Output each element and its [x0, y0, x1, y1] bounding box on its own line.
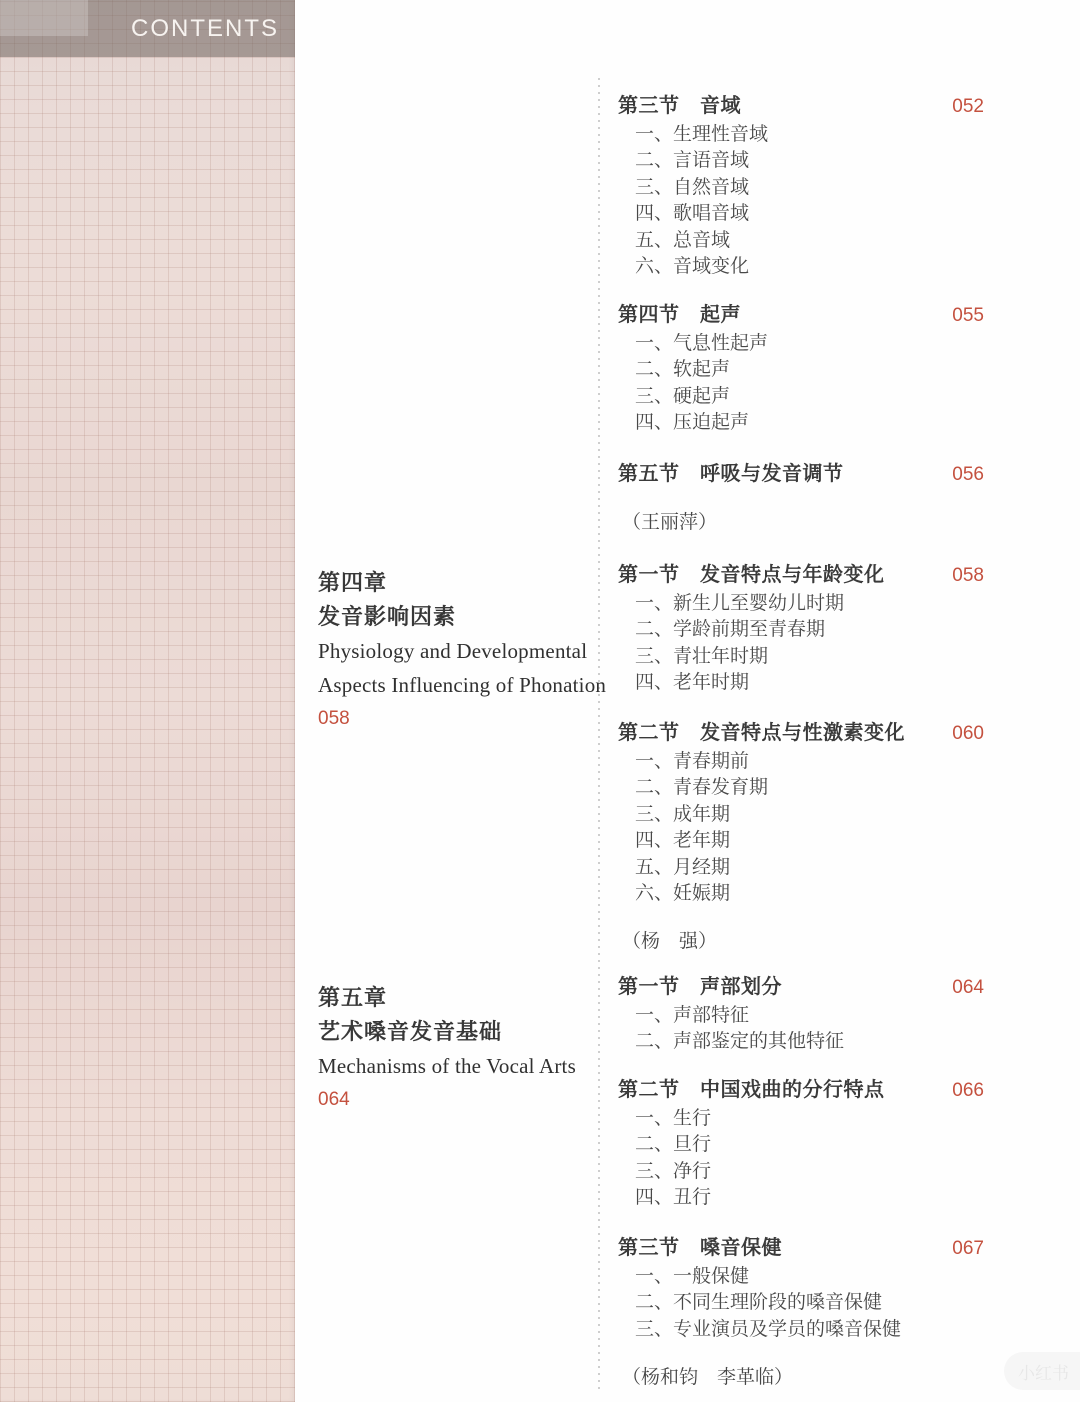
section-header: 第二节 中国戏曲的分行特点 066	[618, 1077, 984, 1104]
section-header: 第一节 发音特点与年龄变化 058	[618, 562, 984, 589]
toc-item: 三、净行	[635, 1159, 984, 1185]
section-items: 一、生理性音域 二、言语音域 三、自然音域 四、歌唱音域 五、总音域 六、音域变…	[635, 122, 984, 280]
toc-section: 第四节 起声 055 一、气息性起声 二、软起声 三、硬起声 四、压迫起声	[618, 302, 984, 437]
section-header: 第五节 呼吸与发音调节 056	[618, 461, 984, 488]
toc-item: 三、硬起声	[635, 384, 984, 410]
section-header: 第二节 发音特点与性激素变化 060	[618, 720, 984, 747]
toc-item: 三、青壮年时期	[635, 644, 984, 670]
toc-item: 二、不同生理阶段的嗓音保健	[635, 1290, 984, 1316]
section-items: 一、声部特征 二、声部鉴定的其他特征	[635, 1003, 984, 1056]
chapter-block-4: 第四章 发音影响因素 Physiology and Developmental …	[318, 566, 603, 736]
section-header: 第一节 声部划分 064	[618, 974, 984, 1001]
chapter-title-en-line2: Aspects Influencing of Phonation	[318, 668, 603, 702]
section-authors: （王丽萍）	[622, 510, 984, 536]
section-page-number: 056	[952, 462, 984, 488]
section-title: 第五节 呼吸与发音调节	[618, 461, 844, 487]
toc-item: 六、音域变化	[635, 254, 984, 280]
toc-item: 一、气息性起声	[635, 331, 984, 357]
toc-item: 二、言语音域	[635, 148, 984, 174]
toc-item: 三、自然音域	[635, 175, 984, 201]
section-page-number: 060	[952, 721, 984, 747]
section-items: 一、气息性起声 二、软起声 三、硬起声 四、压迫起声	[635, 331, 984, 437]
section-page-number: 066	[952, 1078, 984, 1104]
toc-item: 二、软起声	[635, 357, 984, 383]
toc-section: 第一节 声部划分 064 一、声部特征 二、声部鉴定的其他特征	[618, 974, 984, 1056]
section-items: 一、一般保健 二、不同生理阶段的嗓音保健 三、专业演员及学员的嗓音保健	[635, 1264, 984, 1343]
toc-item: 五、总音域	[635, 228, 984, 254]
toc-item: 四、丑行	[635, 1185, 984, 1211]
section-title: 第三节 音域	[618, 93, 741, 119]
toc-item: 四、老年时期	[635, 670, 984, 696]
toc-item: 一、生理性音域	[635, 122, 984, 148]
section-title: 第一节 声部划分	[618, 974, 782, 1000]
toc-section: 第二节 中国戏曲的分行特点 066 一、生行 二、旦行 三、净行 四、丑行	[618, 1077, 984, 1212]
section-title: 第三节 嗓音保健	[618, 1235, 782, 1261]
watermark-label: 小红书	[1018, 1359, 1069, 1384]
toc-item: 三、成年期	[635, 802, 984, 828]
section-page-number: 067	[952, 1236, 984, 1262]
toc-item: 一、一般保健	[635, 1264, 984, 1290]
chapter-number: 第四章	[318, 566, 603, 600]
sidebar-grid-paper: CONTENTS	[0, 0, 295, 1402]
toc-section: 第五节 呼吸与发音调节 056 （王丽萍）	[618, 461, 984, 536]
section-title: 第四节 起声	[618, 302, 741, 328]
section-header: 第三节 嗓音保健 067	[618, 1235, 984, 1262]
section-header: 第三节 音域 052	[618, 93, 984, 120]
toc-section: 第一节 发音特点与年龄变化 058 一、新生儿至婴幼儿时期 二、学龄前期至青春期…	[618, 562, 984, 697]
chapter-page-number: 064	[318, 1083, 603, 1117]
section-page-number: 052	[952, 94, 984, 120]
section-items: 一、生行 二、旦行 三、净行 四、丑行	[635, 1106, 984, 1212]
section-title: 第一节 发音特点与年龄变化	[618, 562, 885, 588]
toc-item: 五、月经期	[635, 855, 984, 881]
chapter-page-number: 058	[318, 702, 603, 736]
toc-item: 二、旦行	[635, 1132, 984, 1158]
section-authors: （杨和钧 李革临）	[622, 1365, 984, 1391]
section-page-number: 064	[952, 975, 984, 1001]
toc-section: 第二节 发音特点与性激素变化 060 一、青春期前 二、青春发育期 三、成年期 …	[618, 720, 984, 955]
section-items: 一、青春期前 二、青春发育期 三、成年期 四、老年期 五、月经期 六、妊娠期	[635, 749, 984, 907]
section-items: 一、新生儿至婴幼儿时期 二、学龄前期至青春期 三、青壮年时期 四、老年时期	[635, 591, 984, 697]
section-authors: （杨 强）	[622, 929, 984, 955]
page-title: CONTENTS	[131, 15, 279, 43]
toc-item: 一、声部特征	[635, 1003, 984, 1029]
toc-item: 四、压迫起声	[635, 410, 984, 436]
section-page-number: 055	[952, 303, 984, 329]
chapter-title-en-line1: Physiology and Developmental	[318, 634, 603, 668]
toc-item: 三、专业演员及学员的嗓音保健	[635, 1317, 984, 1343]
watermark-pill: 小红书	[1004, 1352, 1080, 1390]
toc-item: 四、歌唱音域	[635, 201, 984, 227]
toc-item: 一、新生儿至婴幼儿时期	[635, 591, 984, 617]
toc-item: 一、生行	[635, 1106, 984, 1132]
chapter-number: 第五章	[318, 981, 603, 1015]
toc-item: 二、学龄前期至青春期	[635, 617, 984, 643]
toc-item: 二、声部鉴定的其他特征	[635, 1029, 984, 1055]
toc-item: 一、青春期前	[635, 749, 984, 775]
section-page-number: 058	[952, 563, 984, 589]
section-header: 第四节 起声 055	[618, 302, 984, 329]
chapter-title-zh: 发音影响因素	[318, 600, 603, 634]
section-title: 第二节 中国戏曲的分行特点	[618, 1077, 885, 1103]
toc-page: CONTENTS 第四章 发音影响因素 Physiology and Devel…	[0, 0, 1080, 1402]
toc-section: 第三节 嗓音保健 067 一、一般保健 二、不同生理阶段的嗓音保健 三、专业演员…	[618, 1235, 984, 1391]
section-title: 第二节 发音特点与性激素变化	[618, 720, 905, 746]
toc-item: 二、青春发育期	[635, 775, 984, 801]
chapter-title-en-line1: Mechanisms of the Vocal Arts	[318, 1049, 603, 1083]
corner-light-patch	[0, 0, 88, 36]
toc-item: 四、老年期	[635, 828, 984, 854]
toc-section: 第三节 音域 052 一、生理性音域 二、言语音域 三、自然音域 四、歌唱音域 …	[618, 93, 984, 280]
toc-item: 六、妊娠期	[635, 881, 984, 907]
chapter-title-zh: 艺术嗓音发音基础	[318, 1015, 603, 1049]
chapter-block-5: 第五章 艺术嗓音发音基础 Mechanisms of the Vocal Art…	[318, 981, 603, 1117]
